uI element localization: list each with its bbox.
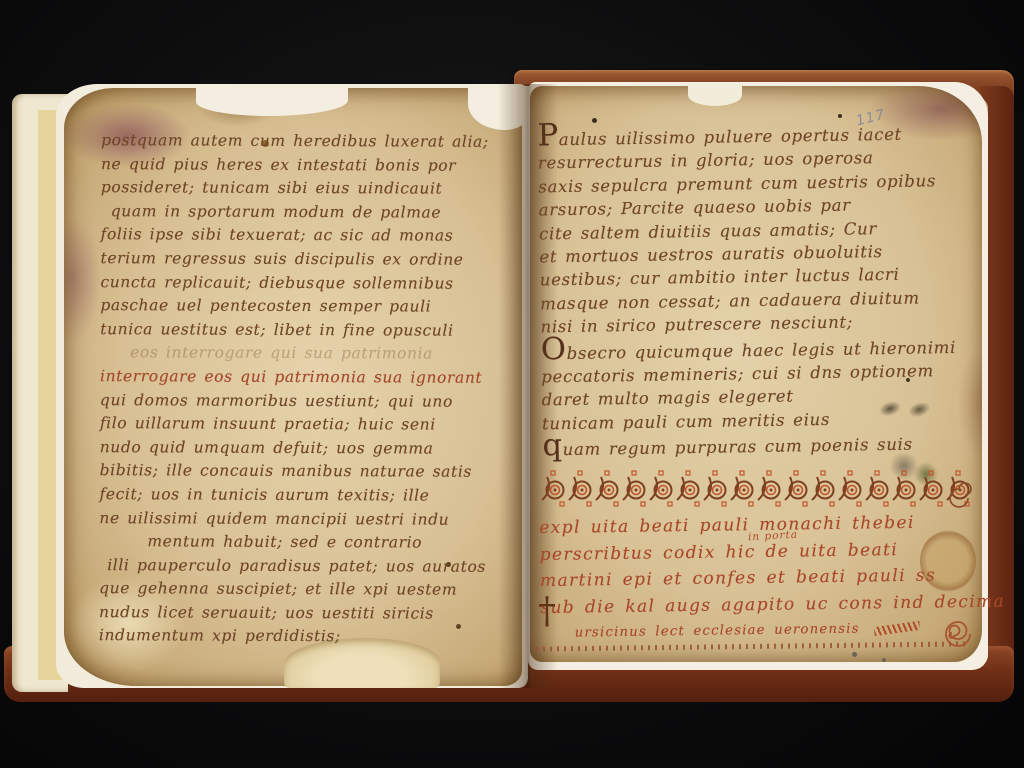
ornamental-scroll-band [540, 470, 976, 508]
manuscript-line: qui domos marmoribus uestiunt; qui uno [100, 389, 514, 414]
left-page-text: postquam autem cum heredibus luxerat ali… [99, 129, 515, 650]
manuscript-line: tunica uestitus est; libet in fine opusc… [100, 318, 514, 343]
manuscript-line: cuncta replicauit; diebusque sollemnibus [100, 271, 514, 296]
cross-mark-icon: † [538, 594, 556, 630]
manuscript-line: ne quid pius heres ex intestati bonis po… [101, 153, 515, 178]
speck [838, 114, 842, 118]
spiral-flourish-icon [936, 610, 978, 652]
manuscript-line: nudo quid umquam defuit; uos gemma [100, 436, 514, 461]
manuscript-line: que gehenna suscipiet; et ille xpi ueste… [99, 577, 513, 602]
manuscript-line: nudus licet seruauit; uos uestiti sirici… [99, 601, 513, 626]
manuscript-line: ne uilissimi quidem mancipii uestri indu [99, 507, 513, 532]
manuscript-line: eos interrogare qui sua patrimonia [130, 342, 514, 367]
manuscript-line: illi pauperculo paradisus patet; uos aur… [107, 554, 513, 579]
speck [852, 652, 857, 657]
manuscript-line: quam in sportarum modum de palmae [111, 200, 515, 225]
manuscript-photo: postquam autem cum heredibus luxerat ali… [0, 0, 1024, 768]
manuscript-line: interrogare eos qui patrimonia sua ignor… [100, 365, 514, 390]
speck [592, 118, 597, 123]
manuscript-line: bibitis; ille concauis manibus naturae s… [100, 459, 514, 484]
speck [882, 658, 886, 662]
manuscript-line: mentum habuit; sed e contrario [147, 530, 513, 555]
right-page-text: Paulus uilissimo puluere opertus iacetre… [537, 119, 980, 463]
manuscript-line: terium regressus suis discipulis ex ordi… [101, 247, 515, 272]
manuscript-line: postquam autem cum heredibus luxerat ali… [101, 129, 515, 154]
manuscript-line: fecit; uos in tunicis aurum texitis; ill… [99, 483, 513, 508]
manuscript-line: filo uillarum insuunt praetia; huic seni [100, 412, 514, 437]
manuscript-line: possideret; tunicam sibi eius uindicauit [101, 176, 515, 201]
manuscript-line: indumentum xpi perdidistis; [99, 625, 513, 650]
torn-edge-notch [688, 84, 742, 106]
manuscript-line: paschae uel pentecosten semper pauli [100, 294, 514, 319]
manuscript-line: foliis ipse sibi texuerat; ac sic ad mon… [101, 223, 515, 248]
